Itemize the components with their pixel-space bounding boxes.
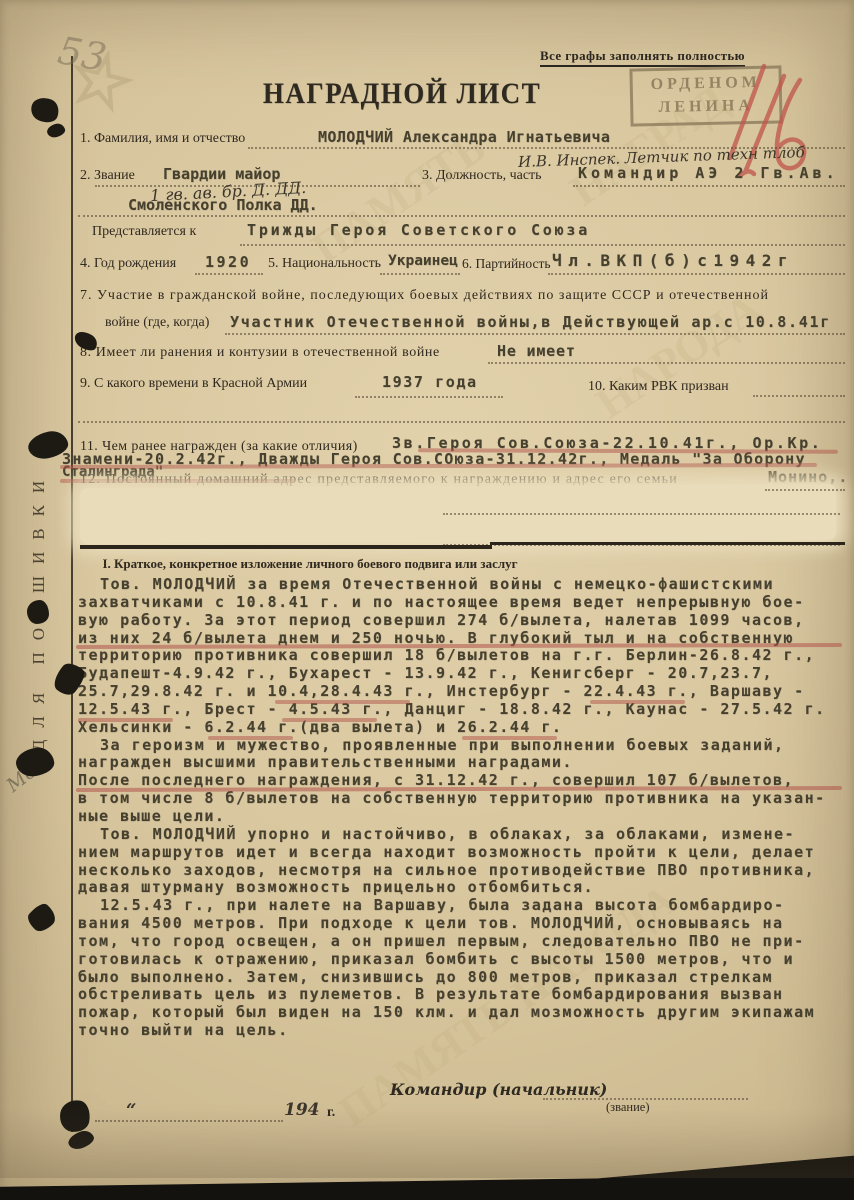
dotted-line bbox=[443, 512, 840, 515]
field-2-value-line2: Смоленского Полка ДД. bbox=[128, 196, 318, 214]
typed-line: точно выйти на цель. bbox=[78, 1022, 848, 1040]
field-2-label: 2. Звание bbox=[80, 168, 135, 184]
field-10-label: 10. Каким РВК призван bbox=[588, 379, 729, 395]
typed-line: награжден высшими правительственными наг… bbox=[78, 754, 848, 772]
document-title: НАГРАДНОЙ ЛИСТ bbox=[252, 76, 552, 110]
red-underline bbox=[275, 700, 410, 704]
field-4-value: 1920 bbox=[205, 253, 251, 271]
dotted-line bbox=[488, 361, 845, 364]
typed-line: После последнего награждения, с 31.12.42… bbox=[78, 772, 848, 790]
typed-line: нием маршрутов идет и всегда находит воз… bbox=[78, 844, 848, 862]
section-divider bbox=[80, 545, 492, 549]
scanned-award-sheet: ☆ ПАМЯТЬ НАРОДА НАГРАД ПАМЯТЬ НАРОДА ДЛЯ… bbox=[0, 0, 854, 1200]
field-4-label: 4. Год рождения bbox=[80, 256, 176, 272]
field-3-value: Командир АЭ 2 Гв.Ав. bbox=[578, 164, 839, 182]
dotted-line bbox=[765, 488, 845, 491]
field-7-label-line2: войне (где, когда) bbox=[105, 315, 209, 331]
dotted-line bbox=[573, 184, 845, 187]
dotted-line bbox=[78, 214, 845, 217]
typed-line: обстреливать цель из пулеметов. В резуль… bbox=[78, 986, 848, 1004]
citation-text: Тов. МОЛОДЧИЙ за время Отечественной вой… bbox=[78, 576, 848, 1040]
dotted-line bbox=[240, 243, 845, 246]
typed-line: захватчиками с 10.8.41 г. и по настоящее… bbox=[78, 594, 848, 612]
red-underline bbox=[282, 718, 377, 722]
typed-line: было выполнено. Затем, снизившись до 800… bbox=[78, 969, 848, 987]
section-1-heading: I. Краткое, конкретное изложение личного… bbox=[95, 556, 525, 572]
typed-line: давая штурману возможность прицельно отб… bbox=[78, 879, 848, 897]
typed-line: 12.5.43 г., Брест - 4.5.43 г., Данциг - … bbox=[78, 701, 848, 719]
field-6-label: 6. Партийность bbox=[462, 256, 551, 272]
dotted-line bbox=[95, 184, 420, 187]
typed-line: в том числе 8 б/вылетов на собственную т… bbox=[78, 790, 848, 808]
red-underline bbox=[78, 718, 173, 722]
field-6-value: Чл.ВКП(б)с1942г bbox=[552, 251, 794, 270]
dotted-line bbox=[78, 420, 845, 423]
dotted-line bbox=[355, 395, 503, 398]
typed-line: Тов. МОЛОДЧИЙ за время Отечественной вой… bbox=[78, 576, 848, 594]
ink-blot bbox=[27, 600, 49, 624]
typed-line: Хельсинки - 6.2.44 г.(два вылета) и 26.2… bbox=[78, 719, 848, 737]
submitted-for-value: Трижды Героя Советского Союза bbox=[247, 221, 590, 239]
typed-line: 12.5.43 г., при налете на Варшаву, была … bbox=[78, 897, 848, 915]
field-9-label: 9. С какого времени в Красной Армии bbox=[80, 376, 307, 392]
margin-rule bbox=[71, 56, 73, 1132]
section-divider bbox=[490, 542, 845, 545]
field-7-label: 7. Участие в гражданской войне, последую… bbox=[80, 288, 769, 304]
typed-line: Будапешт-4.9.42 г., Бухарест - 13.9.42 г… bbox=[78, 665, 848, 683]
red-underline bbox=[462, 736, 557, 740]
typed-line: Тов. МОЛОДЧИЙ упорно и настойчиво, в обл… bbox=[78, 826, 848, 844]
typed-line: территорию противника совершил 18 б/выле… bbox=[78, 647, 848, 665]
field-5-value: Украинец bbox=[388, 253, 458, 269]
dotted-line bbox=[380, 272, 460, 275]
pencil-note: 53 bbox=[55, 28, 110, 80]
submitted-for-label: Представляется к bbox=[92, 224, 196, 240]
field-8-value: Не имеет bbox=[497, 342, 576, 360]
dotted-line bbox=[548, 272, 845, 275]
bottom-edge-shadow bbox=[0, 1108, 854, 1178]
dotted-line bbox=[753, 394, 845, 397]
typed-line: 25.7,29.8.42 г. и 10.4,28.4.43 г., Инсте… bbox=[78, 683, 848, 701]
typed-line: из них 24 б/вылета днем и 250 ночью. В г… bbox=[78, 630, 848, 648]
dotted-line bbox=[225, 332, 845, 335]
field-3-label: 3. Должность, часть bbox=[422, 168, 542, 184]
typed-line: вую работу. За этот период совершил 274 … bbox=[78, 612, 848, 630]
typed-line: несколько заходов, несмотря на сильное п… bbox=[78, 862, 848, 880]
dotted-line bbox=[195, 272, 263, 275]
field-5-label: 5. Национальность bbox=[268, 256, 381, 272]
field-1-label: 1. Фамилия, имя и отчество bbox=[80, 131, 245, 147]
field-9-value: 1937 года bbox=[382, 373, 478, 391]
typed-line: ные выше цели. bbox=[78, 808, 848, 826]
field-1-value: МОЛОДЧИЙ Александра Игнатьевича bbox=[318, 128, 610, 146]
field-7-value: Участник Отечественной войны,в Действующ… bbox=[230, 313, 831, 331]
typed-line: вания 4500 метров. При подходе к цели то… bbox=[78, 915, 848, 933]
typed-line: пожар, который был виден на 150 клм. и д… bbox=[78, 1004, 848, 1022]
typed-line: готовилась к отражению, приказал бомбить… bbox=[78, 951, 848, 969]
field-8-label: 8. Имеет ли ранения и контузии в отечест… bbox=[80, 345, 440, 361]
typed-line: том, что город освещен, а он пришел перв… bbox=[78, 933, 848, 951]
red-underline bbox=[208, 736, 293, 740]
red-underline bbox=[590, 700, 685, 704]
